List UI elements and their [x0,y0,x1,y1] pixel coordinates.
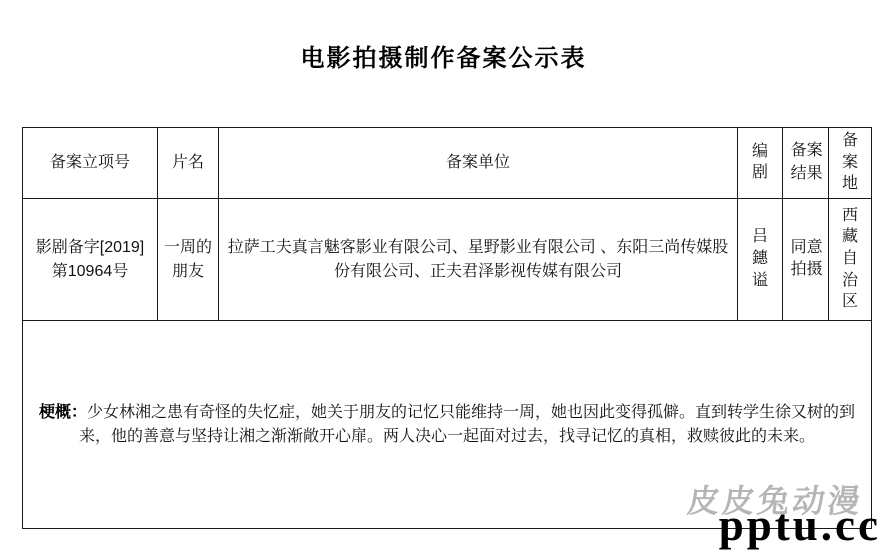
cell-filing-location: 西藏自治区 [829,199,872,321]
header-film-title-label: 片名 [172,154,204,171]
table-header-row: 备案立项号 片名 备案单位 编剧 备案结果 备案地 [23,128,872,199]
header-filing-unit: 备案单位 [219,128,738,199]
synopsis-label: 梗概： [39,404,87,421]
filing-unit-value: 拉萨工夫真言魅客影业有限公司、星野影业有限公司 、东阳三尚传媒股份有限公司、正夫… [228,239,728,280]
header-filing-number-label: 备案立项号 [50,154,130,171]
header-screenwriter: 编剧 [738,128,783,199]
filing-location-value: 西藏自治区 [841,205,859,313]
page-title: 电影拍摄制作备案公示表 [0,38,887,73]
filing-result-value: 同意拍摄 [789,237,824,282]
screenwriter-value: 吕鏸谥 [751,226,769,291]
header-filing-location: 备案地 [829,128,872,199]
cell-filing-result: 同意拍摄 [783,199,829,321]
header-filing-result: 备案结果 [783,128,829,199]
synopsis-text: 少女林湘之患有奇怪的失忆症，她关于朋友的记忆只能维持一周，她也因此变得孤僻。直到… [79,404,855,445]
watermark-site-domain: pptu.cc [719,503,881,548]
header-filing-number: 备案立项号 [23,128,158,199]
cell-filing-unit: 拉萨工夫真言魅客影业有限公司、星野影业有限公司 、东阳三尚传媒股份有限公司、正夫… [219,199,738,321]
filing-table: 备案立项号 片名 备案单位 编剧 备案结果 备案地 [22,127,872,529]
header-screenwriter-label: 编剧 [751,141,769,184]
cell-filing-number: 影剧备字[2019]第10964号 [23,199,158,321]
page: 电影拍摄制作备案公示表 备案立项号 片名 备案单位 编剧 [0,0,887,560]
cell-screenwriter: 吕鏸谥 [738,199,783,321]
table-row: 影剧备字[2019]第10964号 一周的朋友 拉萨工夫真言魅客影业有限公司、星… [23,199,872,321]
cell-film-title: 一周的朋友 [158,199,219,321]
header-filing-unit-label: 备案单位 [446,154,510,171]
header-filing-result-label: 备案结果 [789,140,824,185]
header-filing-location-label: 备案地 [841,130,859,195]
header-film-title: 片名 [158,128,219,199]
film-title-value: 一周的朋友 [164,239,212,280]
filing-number-value: 影剧备字[2019]第10964号 [36,239,145,280]
